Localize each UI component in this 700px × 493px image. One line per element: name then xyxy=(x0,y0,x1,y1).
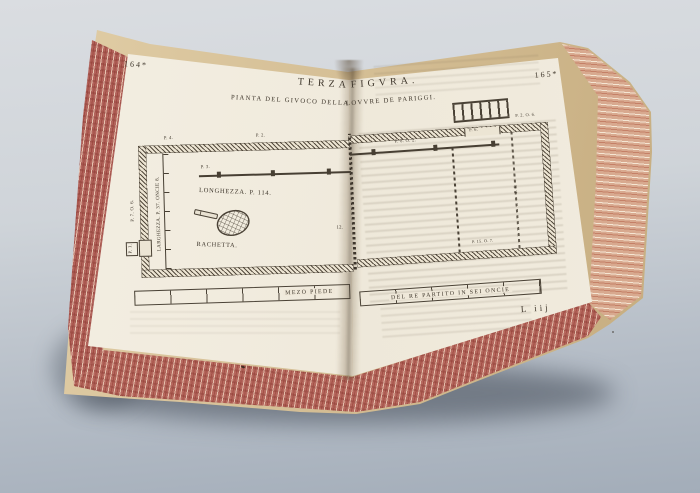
gallery-post xyxy=(327,169,331,175)
plate-caption-right: LOVVRE DE PARIGGI. xyxy=(346,94,437,108)
plate-right-half: 165* FIGVRA. LOVVRE DE PARIGGI. P. 6. P.… xyxy=(344,57,608,345)
scale-bar-label-right: DEL RE PARTITO IN SEI ONCIE xyxy=(389,286,512,301)
top-wall-tick-2: P. 2. xyxy=(256,132,265,137)
photograph-of-open-book: 164* TERZA PIANTA DEL GIVOCO DELLA P. 3.… xyxy=(0,0,700,493)
longhezza-label: LONGHEZZA. P. 114. xyxy=(199,186,272,196)
court-plan-left: P. 3. LONGHEZZA. P. 114. RACHETTA. LARGH… xyxy=(138,140,354,278)
page-number-left: 164* xyxy=(124,59,149,70)
racket-label: RACHETTA. xyxy=(197,240,238,248)
show-through-right-top xyxy=(373,52,540,95)
show-through-left-page xyxy=(130,310,340,334)
left-wall-tick: P. 7. O. 6. xyxy=(129,193,135,229)
scale-bar-label-left: MEZO PIEDE xyxy=(283,287,335,295)
right-line-tick: P. 6. xyxy=(512,182,518,197)
gallery-post xyxy=(217,172,221,178)
page-number-right: 165* xyxy=(534,69,559,80)
figure-title-left: TERZA xyxy=(297,76,350,91)
plate-caption-left: PIANTA DEL GIVOCO DELLA xyxy=(231,94,350,107)
court-wall-bottom-left xyxy=(142,264,354,278)
gallery-right-tick: P. 8. O. 2. xyxy=(395,137,417,144)
top-right-tick: P. 2. O. 6. xyxy=(515,112,536,118)
racket-drawing xyxy=(192,201,257,243)
scale-bar-left: MEZO PIEDE xyxy=(134,284,350,306)
gallery-post xyxy=(433,145,437,151)
larghezza-label: LARGHEZZA. P. 37. ONCIE 8. xyxy=(154,175,162,252)
signature-mark: L iij xyxy=(520,302,551,314)
mid-court-mark: 12. xyxy=(336,224,343,230)
width-measure-line xyxy=(162,153,171,269)
show-through-right-bottom xyxy=(380,298,532,338)
ink-speck xyxy=(612,331,614,333)
left-door-tick: P. 1. xyxy=(127,240,133,258)
gallery-post xyxy=(271,170,275,176)
court-wall-left xyxy=(138,146,150,278)
gallery-structure-tick: P. 6. xyxy=(469,127,478,133)
gallery-elevation-fence xyxy=(452,98,510,123)
gallery-post xyxy=(491,141,495,147)
bottom-right-tick: P. 15. O. 7. xyxy=(472,238,494,244)
top-wall-tick-1: P. 4. xyxy=(164,135,173,140)
court-plan-right: P. 6. P. 8. O. 2. P. 2. O. 6. P. 6. P. 1… xyxy=(348,122,557,268)
plate-left-half: 164* TERZA PIANTA DEL GIVOCO DELLA P. 3.… xyxy=(110,60,350,322)
gallery-left-tick: P. 3. xyxy=(201,164,210,169)
court-door-opening xyxy=(139,240,152,257)
gallery-post xyxy=(371,149,375,155)
court-wall-top-left xyxy=(138,140,350,154)
service-line-dashed xyxy=(451,147,460,253)
